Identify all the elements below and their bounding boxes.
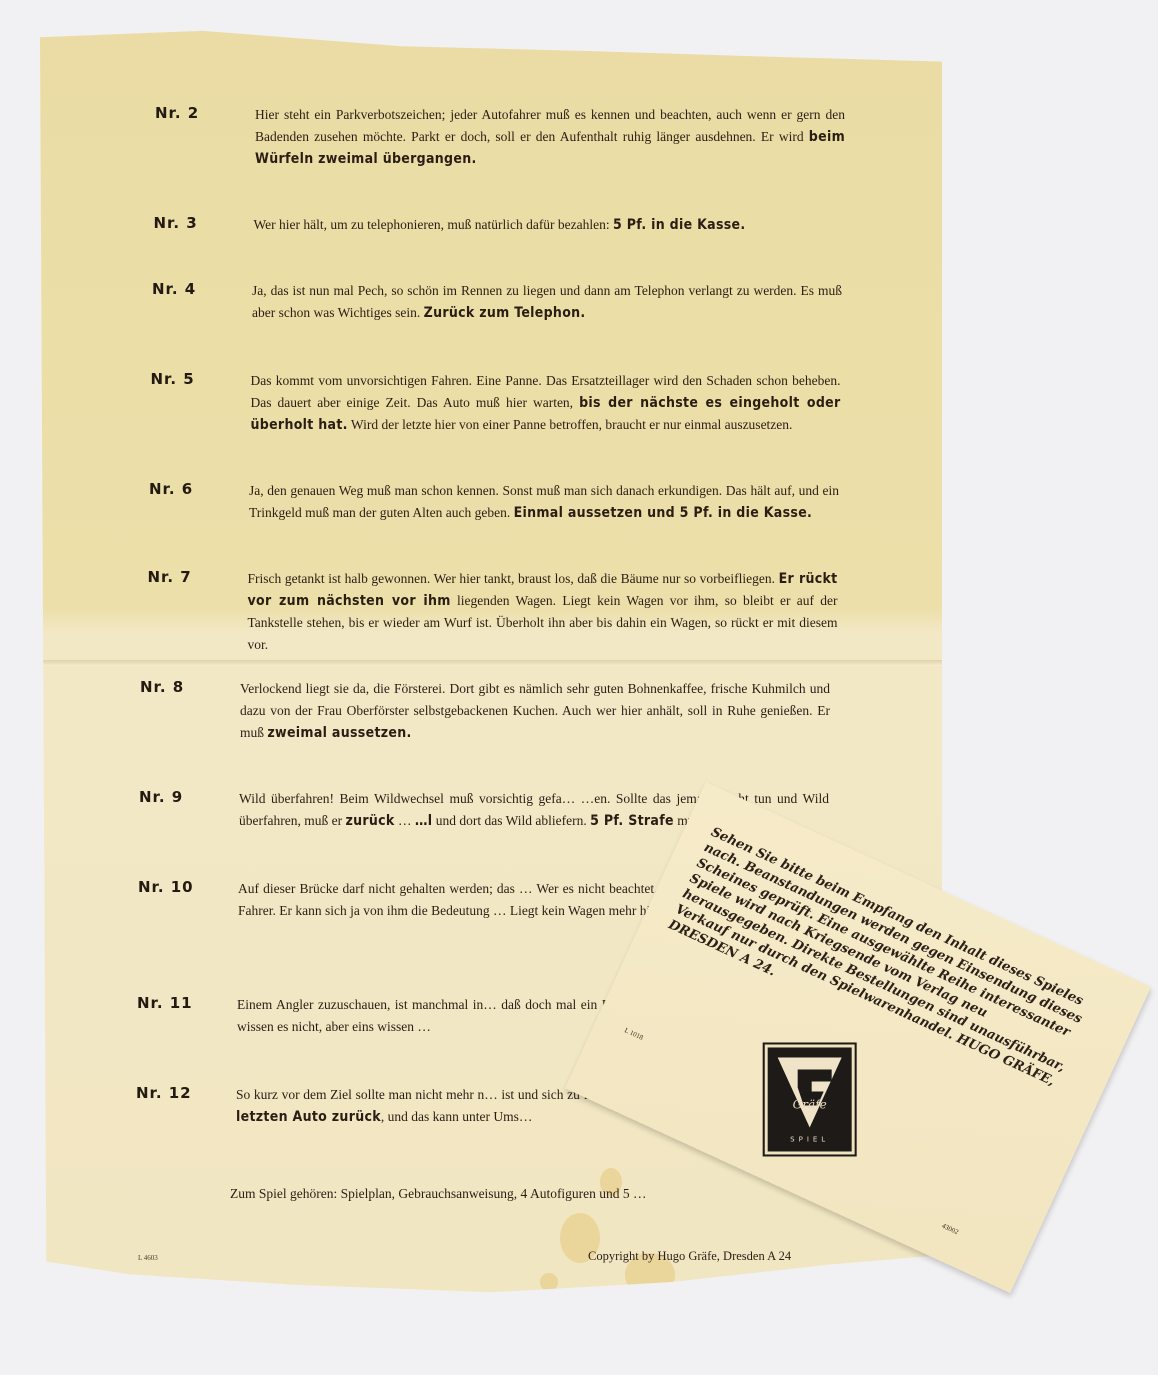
rule-text: Ja, das ist nun mal Pech, so schön im Re…: [252, 280, 842, 324]
rule-number: Nr. 9: [139, 788, 219, 806]
rule-number: Nr. 3: [154, 214, 234, 232]
rule-text: Das kommt vom unvorsichtigen Fahren. Ein…: [251, 370, 841, 436]
rule-text: Hier steht ein Parkverbotszeichen; jeder…: [255, 104, 845, 170]
rule-number: Nr. 7: [148, 568, 228, 586]
card-print-mark-left: L 1018: [623, 1026, 644, 1042]
rule-number: Nr. 12: [136, 1084, 216, 1102]
game-contents-line: Zum Spiel gehören: Spielplan, Gebrauchsa…: [230, 1186, 647, 1202]
rule-number: Nr. 11: [137, 994, 217, 1012]
rule-number: Nr. 4: [152, 280, 232, 298]
rule-number: Nr. 8: [140, 678, 220, 696]
notice-text: Sehen Sie bitte beim Empfang den Inhalt …: [666, 824, 1115, 1116]
paper-fold-line: [40, 660, 942, 666]
card-print-mark-right: 43002: [941, 1222, 960, 1237]
print-mark: L 4603: [138, 1254, 158, 1262]
rule-text: Wer hier hält, um zu telephonieren, muß …: [254, 214, 844, 236]
graefe-spiel-logo: Gräfe SPIEL: [765, 1044, 855, 1154]
logo-script-text: Gräfe: [768, 1097, 852, 1111]
rule-number: Nr. 10: [138, 878, 218, 896]
rule-number: Nr. 6: [149, 480, 229, 498]
water-stain: [540, 1273, 558, 1291]
rule-text: Frisch getankt ist halb gewonnen. Wer hi…: [248, 568, 838, 656]
rule-number: Nr. 5: [151, 370, 231, 388]
logo-caption: SPIEL: [768, 1135, 852, 1143]
copyright-line: Copyright by Hugo Gräfe, Dresden A 24: [588, 1249, 791, 1264]
rule-number: Nr. 2: [155, 104, 235, 122]
rule-text: Verlockend liegt sie da, die Försterei. …: [240, 678, 830, 744]
rule-text: Ja, den genauen Weg muß man schon kennen…: [249, 480, 839, 524]
